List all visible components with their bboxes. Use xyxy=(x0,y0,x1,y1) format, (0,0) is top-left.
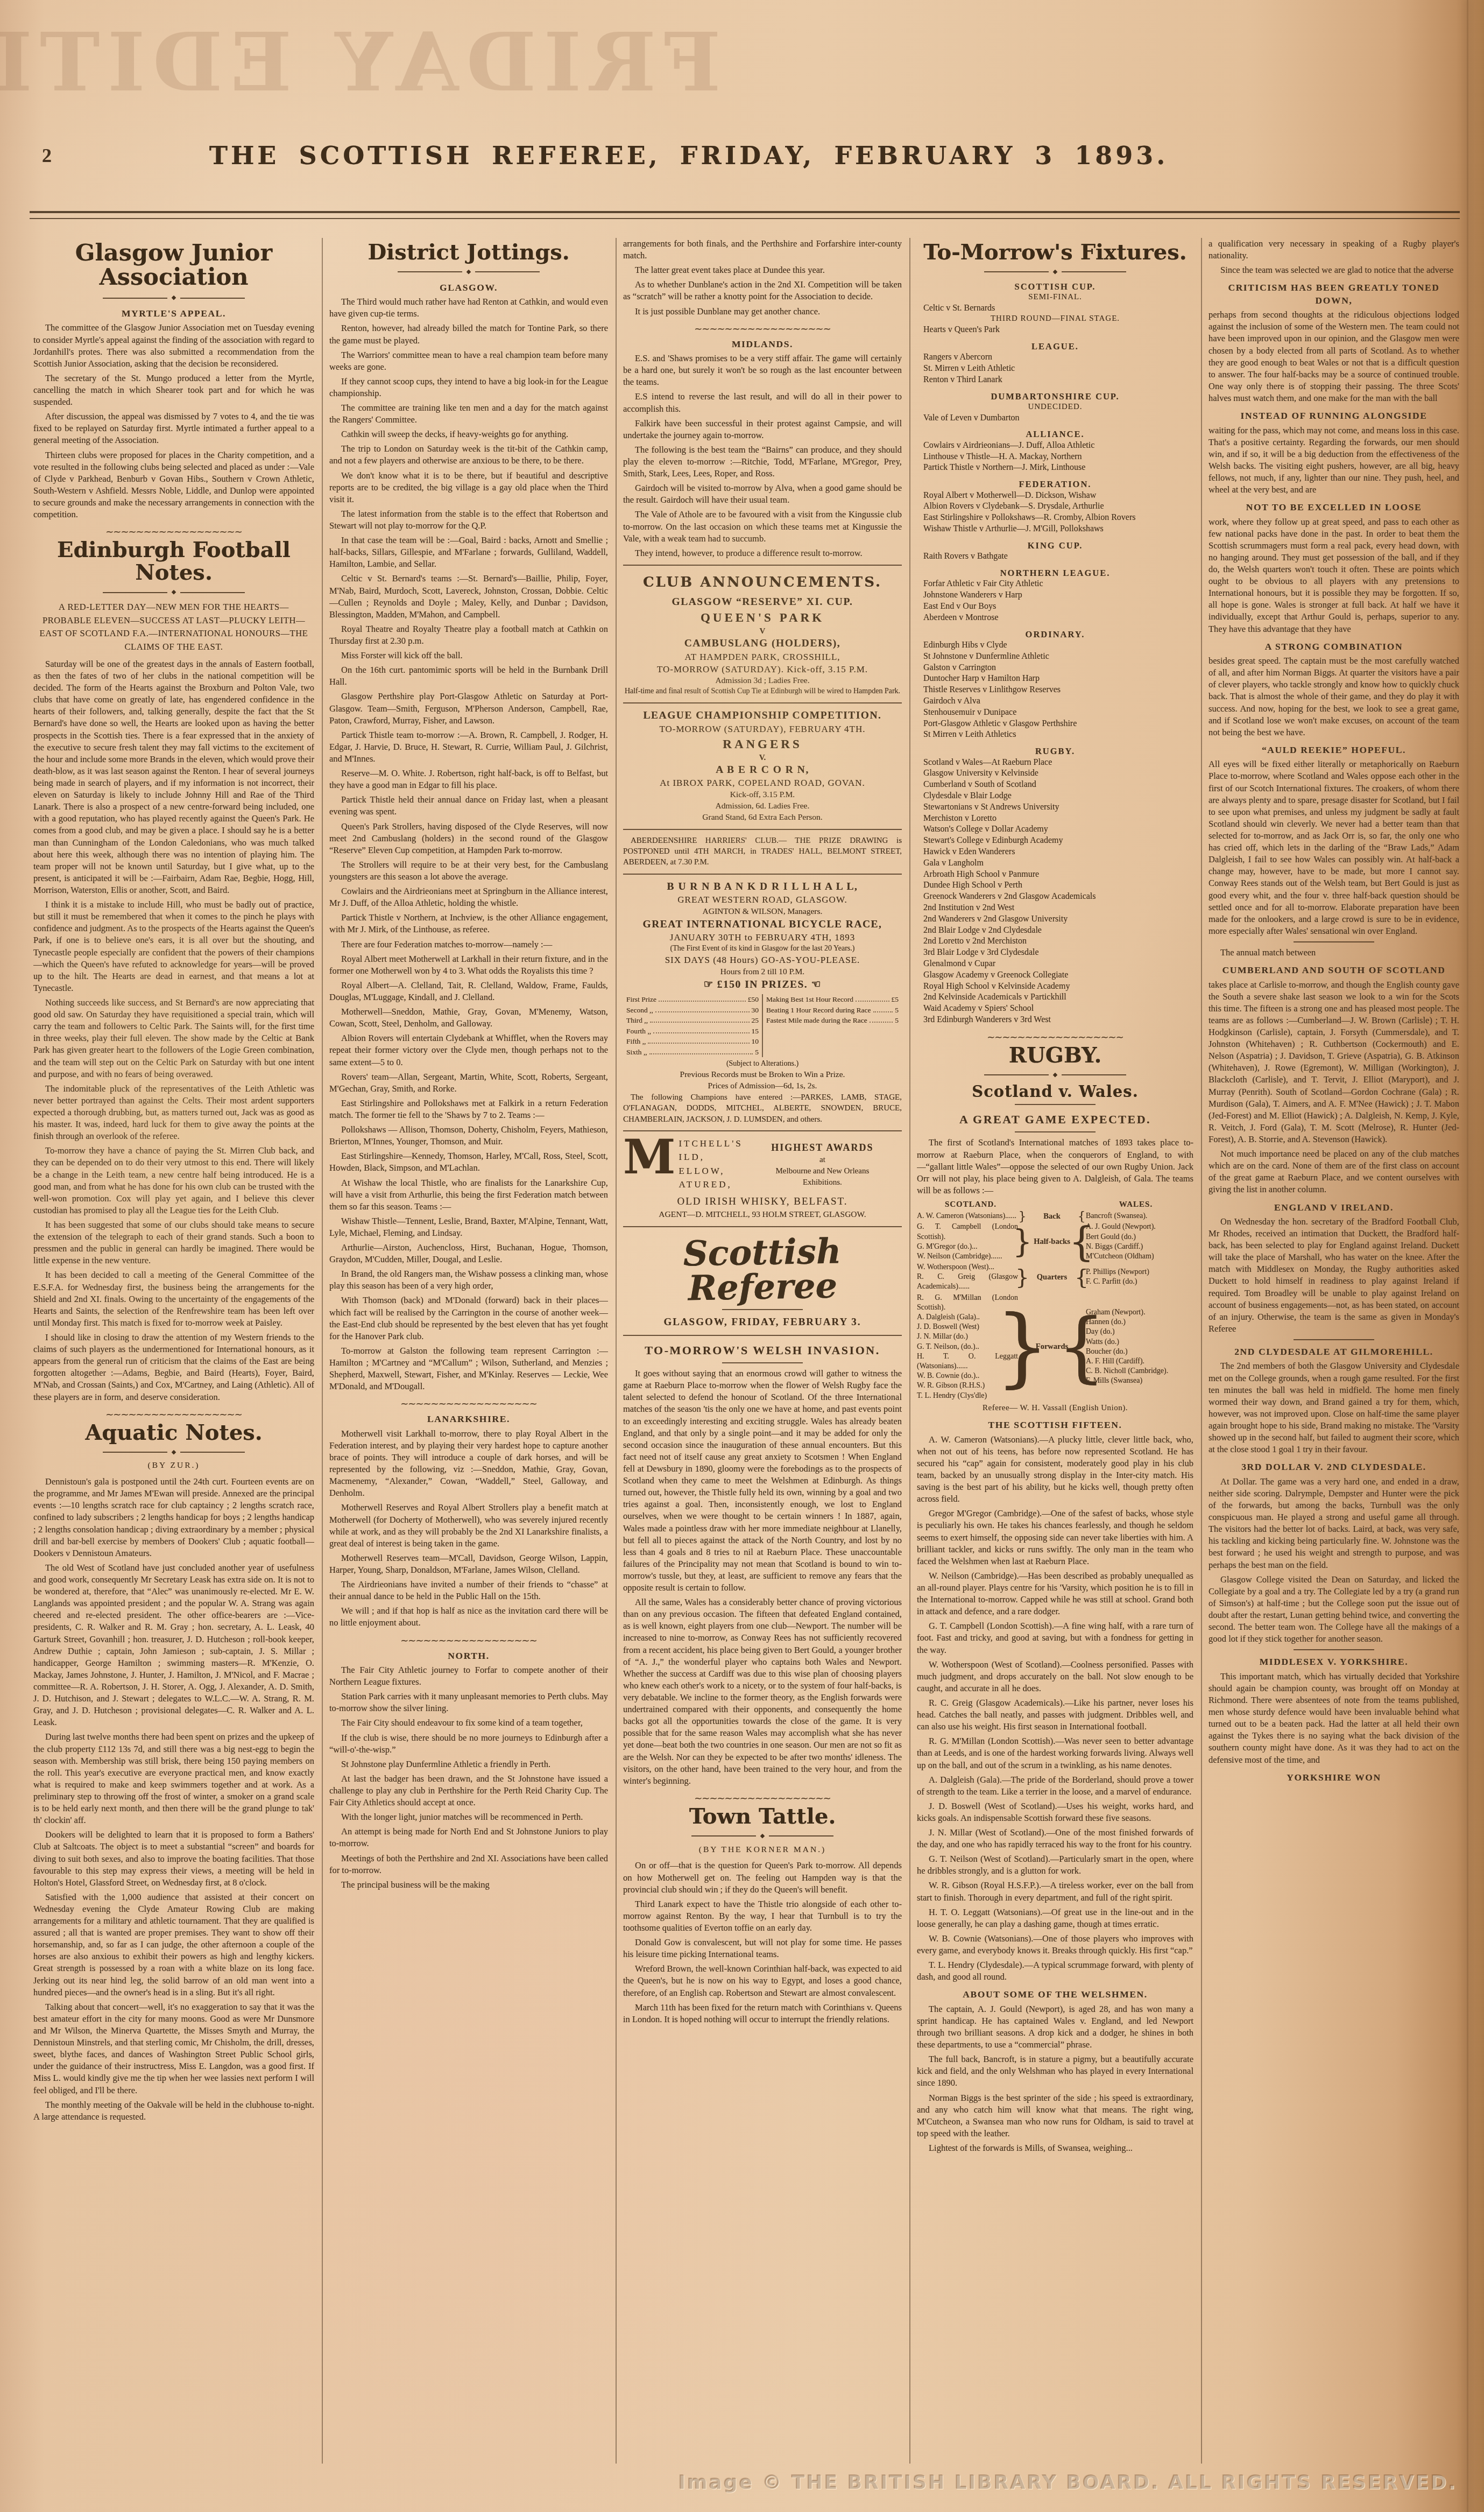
referee-line: Referee— W. H. Vassall (English Union). xyxy=(917,1403,1193,1414)
player-name: G. T. Campbell (London Scottish). xyxy=(917,1222,1018,1242)
paper-masthead-advert: Scottish RefereeGLASGOW, FRIDAY, FEBRUAR… xyxy=(623,1236,902,1329)
article-paragraph: An attempt is being made for North End a… xyxy=(329,1826,608,1849)
article-paragraph: On or off—that is the question for Queen… xyxy=(623,1860,902,1895)
fixture-line: Waid Academy v Spiers' School xyxy=(917,1003,1193,1015)
wavy-rule xyxy=(33,1409,314,1418)
article-paragraph: Miss Forster will kick off the ball. xyxy=(329,650,608,662)
article-paragraph: takes place at Carlisle to-morrow, and t… xyxy=(1209,979,1459,1146)
article-paragraph: On the 16th curt. pantomimic sports will… xyxy=(329,664,608,688)
fixture-subheader: UNDECIDED. xyxy=(917,402,1193,413)
prize-amount: 15 xyxy=(752,1026,759,1037)
prize-amount: 5 xyxy=(895,1015,899,1026)
article-paragraph: The indomitable pluck of the representat… xyxy=(33,1083,314,1143)
fixture-line: Stewartonians v St Andrews University xyxy=(917,802,1193,813)
fixture-line: Cowlairs v Airdrieonians—J. Duff, Alloa … xyxy=(917,440,1193,452)
advertisement: (Subject to Alterations.)Previous Record… xyxy=(623,1059,902,1124)
column-3: arrangements for both finals, and the Pe… xyxy=(623,238,902,2464)
fixture-line: Johnstone Wanderers v Harp xyxy=(917,590,1193,601)
prize-amount: 30 xyxy=(752,1005,759,1016)
article-paragraph: With Thomson (back) and M'Donald (forwar… xyxy=(329,1294,608,1342)
prize-label: Making Best 1st Hour Record xyxy=(766,994,853,1005)
article-paragraph: The Third would much rather have had Ren… xyxy=(329,296,608,320)
fixture-line: Stenhousemuir v Dunipace xyxy=(917,707,1193,719)
article-paragraph: The captain, A. J. Gould (Newport), is a… xyxy=(917,2003,1193,2051)
article-paragraph: Albion Rovers will entertain Clydebank a… xyxy=(329,1032,608,1068)
ad-line: (The First Event of its kind in Glasgow … xyxy=(623,944,902,954)
page-fold-crease xyxy=(1467,0,1468,2512)
diamond-ornament: ◆ xyxy=(760,1832,765,1840)
fixture-line: Greenock Wanderers v 2nd Glasgow Academi… xyxy=(917,891,1193,903)
fixture-line: 2nd Blair Lodge v 2nd Clydesdale xyxy=(917,925,1193,937)
prize-row: Third ,,25 xyxy=(626,1015,759,1026)
article-paragraph: I should like in closing to draw the att… xyxy=(33,1332,314,1403)
player-name: F. Mills (Swansea) xyxy=(1086,1376,1193,1386)
article-paragraph: J. N. Millar (West of Scotland).—One of … xyxy=(917,1827,1193,1850)
fixture-line: Glenalmond v Cupar xyxy=(917,959,1193,970)
player-name: W. Wotherspoon (West)... xyxy=(917,1263,1018,1272)
article-paragraph: To-morrow they have a chance of paying t… xyxy=(33,1145,314,1216)
article-paragraph: Talking about that concert—well, it's no… xyxy=(33,2001,314,2096)
fixture-line: Clydesdale v Blair Lodge xyxy=(917,791,1193,802)
article-paragraph: Rovers' team—Allan, Sergeant, Martin, Wh… xyxy=(329,1071,608,1095)
article-paragraph: The principal business will be the makin… xyxy=(329,1879,608,1891)
article-paragraph: It goes without saying that an enormous … xyxy=(623,1368,902,1594)
article-headline: RUGBY. xyxy=(917,1044,1193,1067)
fixture-line: 3rd Edinburgh Wanderers v 3rd West xyxy=(917,1015,1193,1026)
horizontal-rule xyxy=(1294,1339,1374,1340)
ad-line: Prices of Admission—6d, 1s, 2s. xyxy=(623,1081,902,1092)
ad-line: JANUARY 30TH to FEBRUARY 4TH, 1893 xyxy=(623,932,902,944)
fixture-line: Raith Rovers v Bathgate xyxy=(917,551,1193,562)
fixture-line: Watson's College v Dollar Academy xyxy=(917,824,1193,835)
article-paragraph: The annual match between xyxy=(1209,947,1459,959)
ad-line: Grand Stand, 6d Extra Each Person. xyxy=(623,812,902,824)
fixture-group-header: FEDERATION. xyxy=(917,479,1193,490)
article-paragraph: Arthurlie—Airston, Auchencloss, Hirst, B… xyxy=(329,1242,608,1265)
article-paragraph: Partick Thistle held their annual dance … xyxy=(329,794,608,818)
diamond-ornament: ◆ xyxy=(1053,268,1057,276)
divider-line xyxy=(103,592,167,593)
section-crosshead: MIDDLESEX V. YORKSHIRE. xyxy=(1209,1656,1459,1668)
fixture-line: East End v Our Boys xyxy=(917,601,1193,613)
player-name: C. B. Nicholl (Cambridge). xyxy=(1086,1367,1193,1376)
player-name: A. J. Gould (Newport). xyxy=(1086,1222,1193,1232)
section-crosshead: ENGLAND V IRELAND. xyxy=(1209,1201,1459,1214)
article-paragraph: The Fair City Athletic journey to Forfar… xyxy=(329,1664,608,1688)
article-paragraph: It has been suggested that some of our c… xyxy=(33,1219,314,1266)
article-headline: Scotland v. Wales. xyxy=(917,1083,1193,1100)
prize-row: Fourth ,,15 xyxy=(626,1026,759,1037)
fixture-line: Hawick v Eden Wanderers xyxy=(917,847,1193,858)
divider-line xyxy=(984,271,1049,272)
article-paragraph: arrangements for both finals, and the Pe… xyxy=(623,238,902,262)
article-paragraph: With the longer light, junior matches wi… xyxy=(329,1811,608,1823)
fixture-group-header: ORDINARY. xyxy=(917,629,1193,640)
article-paragraph: Partick Thistle v Northern, at Inchview,… xyxy=(329,912,608,935)
fixture-line: Wishaw Thistle v Arthurlie—J. M'Gill, Po… xyxy=(917,524,1193,535)
section-crosshead: ABOUT SOME OF THE WELSHMEN. xyxy=(917,1988,1193,2001)
article-paragraph: Royal Theatre and Royalty Theatre play a… xyxy=(329,623,608,647)
team-header-spacer xyxy=(1024,1200,1078,1211)
ad-line: AGINTON & WILSON, Managers. xyxy=(623,906,902,918)
whisky-ad-agent: AGENT—D. MITCHELL, 93 HOLM STREET, GLASG… xyxy=(623,1209,902,1221)
ad-line: LEAGUE CHAMPIONSHIP COMPETITION. xyxy=(623,709,902,723)
player-name: W. Neilson (Cambridge)...... xyxy=(917,1252,1018,1262)
article-paragraph: At Dollar. The game was a very hard one,… xyxy=(1209,1476,1459,1571)
advertisement: ABERDEENSHIRE HARRIERS' CLUB.— THE PRIZE… xyxy=(623,835,902,868)
article-paragraph: Gairdoch will be visited to-morrow by Al… xyxy=(623,482,902,506)
article-paragraph: Norman Biggs is the best sprinter of the… xyxy=(917,2092,1193,2140)
article-paragraph: Thirteen clubs were proposed for places … xyxy=(33,449,314,521)
article-paragraph: East Stirlingshire and Pollokshaws met a… xyxy=(329,1097,608,1121)
article-paragraph: The committee of the Glasgow Junior Asso… xyxy=(33,322,314,369)
ad-line: The following Champions have entered :—P… xyxy=(623,1092,902,1125)
section-crosshead: TO-MORROW'S WELSH INVASION. xyxy=(623,1342,902,1358)
fixture-line: Scotland v Wales—At Raeburn Place xyxy=(917,757,1193,769)
section-crosshead: NOT TO BE EXCELLED IN LOOSE xyxy=(1209,501,1459,513)
horizontal-rule xyxy=(623,829,902,830)
ad-line: AT HAMPDEN PARK, CROSSHILL, xyxy=(623,651,902,664)
fixtures-list: SCOTTISH CUP.SEMI-FINAL.Celtic v St. Ber… xyxy=(917,281,1193,1026)
ad-line: Hours from 2 till 10 P.M. xyxy=(623,967,902,978)
prize-label: Fifth ,, xyxy=(626,1036,646,1047)
fixture-group-header: SCOTTISH CUP. xyxy=(917,281,1193,292)
drop-cap-initial: M xyxy=(623,1137,675,1192)
article-paragraph: T. L. Hendry (Clydesdale).—A typical scr… xyxy=(917,1959,1193,1983)
article-paragraph: Celtic v St. Bernard's teams :—St. Berna… xyxy=(329,573,608,620)
prize-amount: 10 xyxy=(752,1036,759,1047)
article-paragraph: Glasgow Perthshire play Port-Glasgow Ath… xyxy=(329,691,608,726)
article-paragraph: All eyes will be fixed either literally … xyxy=(1209,758,1459,937)
prize-label: Beating 1 Hour Record during Race xyxy=(766,1005,871,1016)
article-paragraph: Lightest of the forwards is Mills, of Sw… xyxy=(917,2142,1193,2154)
fixture-line: Port-Glasgow Athletic v Glasgow Perthshi… xyxy=(917,719,1193,730)
divider-fleuron: ◆ xyxy=(33,1448,314,1456)
prize-label: Fourth ,, xyxy=(626,1026,651,1037)
column-1: Glasgow Junior Association◆MYRTLE'S APPE… xyxy=(33,238,314,2464)
horizontal-rule xyxy=(1294,941,1374,942)
article-paragraph: W. R. Gibson (Royal H.S.F.P.).—A tireles… xyxy=(917,1880,1193,1903)
article-paragraph: If the club is wise, there should be no … xyxy=(329,1732,608,1756)
team-right-cell: P. Phillips (Newport)F. C. Parfitt (do.) xyxy=(1086,1268,1193,1287)
article-paragraph: At Wishaw the local Thistle, who are fin… xyxy=(329,1177,608,1213)
article-paragraph: The full back, Bancroft, is in stature a… xyxy=(917,2053,1193,2089)
byline: (BY ZUR.) xyxy=(33,1460,314,1472)
byline: (BY THE KORNER MAN.) xyxy=(623,1845,902,1856)
player-name: Graham (Newport). xyxy=(1086,1308,1193,1318)
article-paragraph: E.S. and 'Shaws promises to be a very st… xyxy=(623,353,902,388)
team-title-left: SCOTLAND. xyxy=(917,1200,1024,1211)
fixture-line: Rangers v Abercorn xyxy=(917,352,1193,363)
divider-line xyxy=(769,1835,833,1836)
team-title-right: WALES. xyxy=(1078,1200,1193,1211)
fixture-line: Royal Albert v Motherwell—D. Dickson, Wi… xyxy=(917,490,1193,502)
divider-fleuron: ◆ xyxy=(623,1832,902,1840)
fixture-line: Forfar Athletic v Fair City Athletic xyxy=(917,579,1193,590)
whisky-ad-word: ITCHELL'S xyxy=(679,1137,743,1151)
ghost-showthrough-text: FRIDAY EDITION xyxy=(75,15,721,110)
ad-line: ABERDEENSHIRE HARRIERS' CLUB.— THE PRIZE… xyxy=(623,835,902,868)
article-paragraph: The secretary of the St. Mungo produced … xyxy=(33,372,314,408)
divider-line xyxy=(180,592,245,593)
divider-line xyxy=(1062,1074,1126,1075)
player-name: A. W. Cameron (Watsonians)...... xyxy=(917,1212,1018,1221)
article-paragraph: W. Neilson (Cambridge).—Has been describ… xyxy=(917,1570,1193,1617)
dot-leader xyxy=(655,1011,750,1012)
section-crosshead: MIDLANDS. xyxy=(623,338,902,350)
ad-line: V xyxy=(623,626,902,637)
fixture-line: Renton v Third Lanark xyxy=(917,375,1193,386)
wavy-rule xyxy=(623,323,902,333)
divider-line xyxy=(180,298,245,299)
article-paragraph: It has been decided to call a meeting of… xyxy=(33,1269,314,1329)
article-paragraph: During last twelve months there had been… xyxy=(33,1731,314,1826)
article-paragraph: After discussion, the appeal was dismiss… xyxy=(33,411,314,446)
horizontal-rule xyxy=(623,1335,902,1336)
team-row: G. T. Campbell (London Scottish).G. M'Gr… xyxy=(917,1222,1193,1262)
copyright-watermark: Image © THE BRITISH LIBRARY BOARD. ALL R… xyxy=(679,2472,1457,2494)
fixture-line: 2nd Institution v 2nd West xyxy=(917,903,1193,914)
team-left-cell: G. T. Campbell (London Scottish).G. M'Gr… xyxy=(917,1222,1018,1262)
fixture-line: Duntocher Harp v Hamilton Harp xyxy=(917,673,1193,685)
article-paragraph: Cowlairs and the Airdrieonians meet at S… xyxy=(329,885,608,909)
article-paragraph: Partick Thistle team to-morrow :—A. Brow… xyxy=(329,729,608,765)
article-headline: Aquatic Notes. xyxy=(33,1422,314,1444)
prize-row: Beating 1 Hour Record during Race5 xyxy=(766,1005,899,1016)
article-paragraph: St Johnstone play Dunfermline Athletic a… xyxy=(329,1758,608,1770)
article-paragraph: Motherwell—Sneddon, Mathie, Gray, Govan,… xyxy=(329,1006,608,1030)
team-row: W. Wotherspoon (West)...R. C. Greig (Gla… xyxy=(917,1263,1193,1292)
article-paragraph: As to whether Dunblane's action in the 2… xyxy=(623,279,902,302)
horizontal-rule xyxy=(1294,1649,1374,1650)
article-paragraph: Dennistoun's gala is postponed until the… xyxy=(33,1476,314,1559)
fixture-subheader: THIRD ROUND—FINAL STAGE. xyxy=(917,314,1193,325)
ad-line: (Subject to Alterations.) xyxy=(623,1059,902,1069)
ad-line: Half-time and final result of Scottish C… xyxy=(623,687,902,697)
prize-label: Third ,, xyxy=(626,1015,648,1026)
ad-line: Admission, 6d. Ladies Free. xyxy=(623,801,902,812)
whisky-ad-word: ILD, xyxy=(679,1150,743,1164)
horizontal-rule xyxy=(623,702,902,703)
ad-line: GLASGOW “RESERVE” XI. CUP. xyxy=(623,595,902,609)
prize-table-left: First Prize£50Second ,,30Third ,,25Fourt… xyxy=(623,994,762,1057)
ad-line: ☞ £150 IN PRIZES. ☜ xyxy=(623,978,902,992)
article-paragraph: A. Dalgleish (Gala).—The pride of the Bo… xyxy=(917,1774,1193,1798)
column-rule xyxy=(909,238,910,2464)
section-crosshead: “AULD REEKIE” HOPEFUL. xyxy=(1209,744,1459,756)
section-crosshead: 3RD DOLLAR V. 2ND CLYDESDALE. xyxy=(1209,1461,1459,1473)
section-crosshead: CRITICISM HAS BEEN GREATLY TONED DOWN, xyxy=(1209,282,1459,307)
dot-leader xyxy=(856,1001,889,1002)
diamond-ornament: ◆ xyxy=(172,1448,176,1456)
dot-leader xyxy=(649,1053,753,1054)
divider-line xyxy=(103,298,167,299)
article-paragraph: Royal Albert—A. Clelland, Tait, R. Clell… xyxy=(329,980,608,1003)
fixture-line: 2nd Kelvinside Academicals v Partickhill xyxy=(917,992,1193,1003)
ad-line: GREAT WESTERN ROAD, GLASGOW. xyxy=(623,894,902,906)
article-paragraph: Station Park carries with it many unplea… xyxy=(329,1691,608,1714)
player-name: F. C. Parfitt (do.) xyxy=(1086,1277,1193,1287)
team-left-cell: A. W. Cameron (Watsonians)...... xyxy=(917,1212,1018,1221)
divider-fleuron: ◆ xyxy=(329,268,608,276)
dot-leader xyxy=(650,1022,749,1023)
article-paragraph: E.S intend to reverse the last result, a… xyxy=(623,391,902,414)
fixture-line: Stewart's College v Edinburgh Academy xyxy=(917,835,1193,847)
article-paragraph: The 2nd members of both the Glasgow Univ… xyxy=(1209,1360,1459,1455)
article-headline: Edinburgh Football Notes. xyxy=(33,539,314,584)
section-crosshead: A GREAT GAME EXPECTED. xyxy=(917,1111,1193,1127)
headline-deck: A RED-LETTER DAY—NEW MEN FOR THE HEARTS—… xyxy=(37,601,311,654)
fixture-group-header: LEAGUE. xyxy=(917,341,1193,352)
fixture-subheader: SEMI-FINAL. xyxy=(917,292,1193,303)
prize-label: Sixth ,, xyxy=(626,1047,647,1058)
fixture-line: Gala v Langholm xyxy=(917,858,1193,869)
article-paragraph: The Vale of Athole are to be favoured wi… xyxy=(623,509,902,544)
fixture-line: Celtic v St. Bernards xyxy=(917,303,1193,314)
ad-line: GREAT INTERNATIONAL BICYCLE RACE, xyxy=(623,918,902,932)
player-name: Boucher (do.) xyxy=(1086,1347,1193,1357)
position-label: Quarters xyxy=(1027,1272,1077,1283)
section-crosshead: THE SCOTTISH FIFTEEN. xyxy=(917,1419,1193,1431)
dot-leader xyxy=(653,1032,749,1033)
article-paragraph: The old West of Scotland have just concl… xyxy=(33,1562,314,1729)
article-paragraph: Pollokshaws — Allison, Thomson, Doherty,… xyxy=(329,1124,608,1148)
dot-leader xyxy=(873,1011,893,1012)
newspaper-title: THE SCOTTISH REFEREE, FRIDAY, FEBRUARY 3… xyxy=(0,141,1377,170)
article-paragraph: There are four Federation matches to-mor… xyxy=(329,939,608,951)
article-paragraph: Motherwell visit Larkhall to-morrow, the… xyxy=(329,1428,608,1500)
ad-line: CAMBUSLANG (HOLDERS), xyxy=(623,637,902,651)
article-paragraph: The Airdrieonians have invited a number … xyxy=(329,1579,608,1602)
divider-line xyxy=(691,1835,756,1836)
fixture-line: Thistle Reserves v Linlithgow Reserves xyxy=(917,685,1193,696)
article-paragraph: W. Wotherspoon (West of Scotland).—Cooln… xyxy=(917,1659,1193,1694)
player-name: A. F. Hill (Cardiff). xyxy=(1086,1357,1193,1367)
fixture-line: Linthouse v Thistle—H. A. Mackay, Northe… xyxy=(917,452,1193,463)
fixture-group-header: ALLIANCE. xyxy=(917,428,1193,440)
column-2: District Jottings.◆GLASGOW.The Third wou… xyxy=(329,238,608,2464)
prize-table-right: Making Best 1st Hour Record£5Beating 1 H… xyxy=(762,994,902,1057)
article-headline: Glasgow Junior Association xyxy=(33,241,314,290)
section-header: CLUB ANNOUNCEMENTS. xyxy=(623,573,902,592)
award-line: at xyxy=(743,1155,902,1166)
article-paragraph: Wreford Brown, the well-known Corinthian… xyxy=(623,1963,902,1999)
article-paragraph: H. T. O. Leggatt (Watsonians).—Of great … xyxy=(917,1906,1193,1930)
article-paragraph: The latter great event takes place at Du… xyxy=(623,264,902,276)
award-line: Melbourne and New Orleans xyxy=(743,1166,902,1177)
diamond-ornament: ◆ xyxy=(172,588,176,596)
ad-line: At IBROX PARK, COPELAND ROAD, GOVAN. xyxy=(623,777,902,790)
fixture-line: Cumberland v South of Scotland xyxy=(917,779,1193,791)
prize-amount: 5 xyxy=(755,1047,759,1058)
ad-line: RANGERS xyxy=(623,736,902,752)
player-name: G. M'Gregor (do.)... xyxy=(917,1242,1018,1252)
fixture-line: Albion Rovers v Clydebank—S. Drysdale, A… xyxy=(917,501,1193,512)
article-paragraph: waiting for the pass, which may not come… xyxy=(1209,425,1459,496)
horizontal-rule xyxy=(623,1226,902,1227)
article-paragraph: G. T. Neilson (West of Scotland).—Partic… xyxy=(917,1853,1193,1877)
horizontal-rule xyxy=(1015,1131,1096,1132)
article-paragraph: Renton, however, had already billed the … xyxy=(329,322,608,346)
ad-line: SIX DAYS (48 Hours) GO-AS-YOU-PLEASE. xyxy=(623,954,902,967)
section-crosshead: GLASGOW. xyxy=(329,282,608,294)
fixture-line: Edinburgh Hibs v Clyde xyxy=(917,640,1193,651)
prize-row: Making Best 1st Hour Record£5 xyxy=(766,994,899,1005)
wavy-rule xyxy=(33,526,314,536)
article-paragraph: They intend, however, to produce a diffe… xyxy=(623,547,902,559)
article-paragraph: Third Lanark expect to have the Thistle … xyxy=(623,1898,902,1934)
column-rule xyxy=(322,238,323,2464)
prize-row: Second ,,30 xyxy=(626,1005,759,1016)
team-row: R. G. M'Millan (London Scottish).A. Dalg… xyxy=(917,1293,1193,1401)
prize-row: Sixth ,,5 xyxy=(626,1047,759,1058)
ad-line: QUEEN'S PARK xyxy=(623,609,902,626)
fixture-line: Royal High School v Kelvinside Academy xyxy=(917,981,1193,993)
prize-label: First Prize xyxy=(626,994,656,1005)
article-paragraph: Royal Albert meet Motherwell at Larkhall… xyxy=(329,953,608,977)
article-paragraph: Cathkin will sweep the decks, if heavy-w… xyxy=(329,428,608,440)
dot-leader xyxy=(659,1001,746,1002)
wavy-rule xyxy=(329,1398,608,1408)
article-paragraph: Donald Gow is convalescent, but will not… xyxy=(623,1937,902,1960)
article-paragraph: On Wednesday the hon. secretary of the B… xyxy=(1209,1216,1459,1335)
divider-line xyxy=(984,1074,1049,1075)
fixture-line: Dundee High School v Perth xyxy=(917,880,1193,891)
player-name: Watts (do.) xyxy=(1086,1338,1193,1347)
player-name: Day (do.) xyxy=(1086,1327,1193,1337)
article-paragraph: Motherwell Reserves and Royal Albert Str… xyxy=(329,1502,608,1549)
header-double-rule xyxy=(30,211,1460,219)
award-line: Exhibitions. xyxy=(743,1177,902,1188)
column-5: a qualification very necessary in speaki… xyxy=(1209,238,1459,2464)
article-paragraph: This important match, which has virtuall… xyxy=(1209,1671,1459,1766)
whisky-advertisement: MITCHELL'SILD,ELLOW,ATURED,HIGHEST AWARD… xyxy=(623,1137,902,1221)
fixture-line: Galston v Carrington xyxy=(917,663,1193,674)
divider-line xyxy=(180,1452,245,1453)
article-paragraph: The first of Scotland's International ma… xyxy=(917,1137,1193,1197)
article-paragraph: Queen's Park Strollers, having disposed … xyxy=(329,821,608,856)
article-paragraph: work, where they follow up at great spee… xyxy=(1209,516,1459,635)
fixture-group-header: KING CUP. xyxy=(917,540,1193,551)
fixture-line: Glasgow Academy v Greenock Collegiate xyxy=(917,970,1193,981)
diamond-ornament: ◆ xyxy=(467,268,471,276)
section-crosshead: YORKSHIRE WON xyxy=(1209,1771,1459,1784)
team-left-cell: W. Wotherspoon (West)...R. C. Greig (Gla… xyxy=(917,1263,1018,1292)
article-paragraph: The committee are training like ten men … xyxy=(329,402,608,426)
award-line: HIGHEST AWARDS xyxy=(743,1141,902,1155)
fixture-line: Merchiston v Loretto xyxy=(917,813,1193,825)
article-paragraph: G. T. Campbell (London Scottish).—A fine… xyxy=(917,1620,1193,1656)
article-paragraph: The Fair City should endeavour to fix so… xyxy=(329,1717,608,1729)
ad-line: Previous Records must be Broken to Win a… xyxy=(623,1069,902,1081)
diamond-ornament: ◆ xyxy=(1053,1071,1057,1079)
fixture-line: St Mirren v Leith Athletics xyxy=(917,729,1193,741)
player-name: Bert Gould (do.) xyxy=(1086,1233,1193,1242)
article-paragraph: It is just possible Dunblane may get ano… xyxy=(623,306,902,318)
article-paragraph: Glasgow College visited the Dean on Satu… xyxy=(1209,1574,1459,1645)
fixture-line: 2nd Wanderers v 2nd Glasgow University xyxy=(917,914,1193,925)
fixture-group-header: NORTHERN LEAGUE. xyxy=(917,567,1193,579)
whisky-ad-word: ATURED, xyxy=(679,1178,743,1192)
fixture-line: St Johnstone v Dunfermline Athletic xyxy=(917,651,1193,663)
whisky-ad-wordstack: ITCHELL'SILD,ELLOW,ATURED, xyxy=(679,1137,743,1192)
diamond-ornament: ◆ xyxy=(172,294,176,302)
prize-amount: £5 xyxy=(892,994,899,1005)
article-paragraph: Not much importance need be placed on an… xyxy=(1209,1148,1459,1195)
article-paragraph: We will ; and if that hop is half as nic… xyxy=(329,1605,608,1629)
article-paragraph: Saturday will be one of the greatest day… xyxy=(33,658,314,896)
section-crosshead: LANARKSHIRE. xyxy=(329,1413,608,1425)
